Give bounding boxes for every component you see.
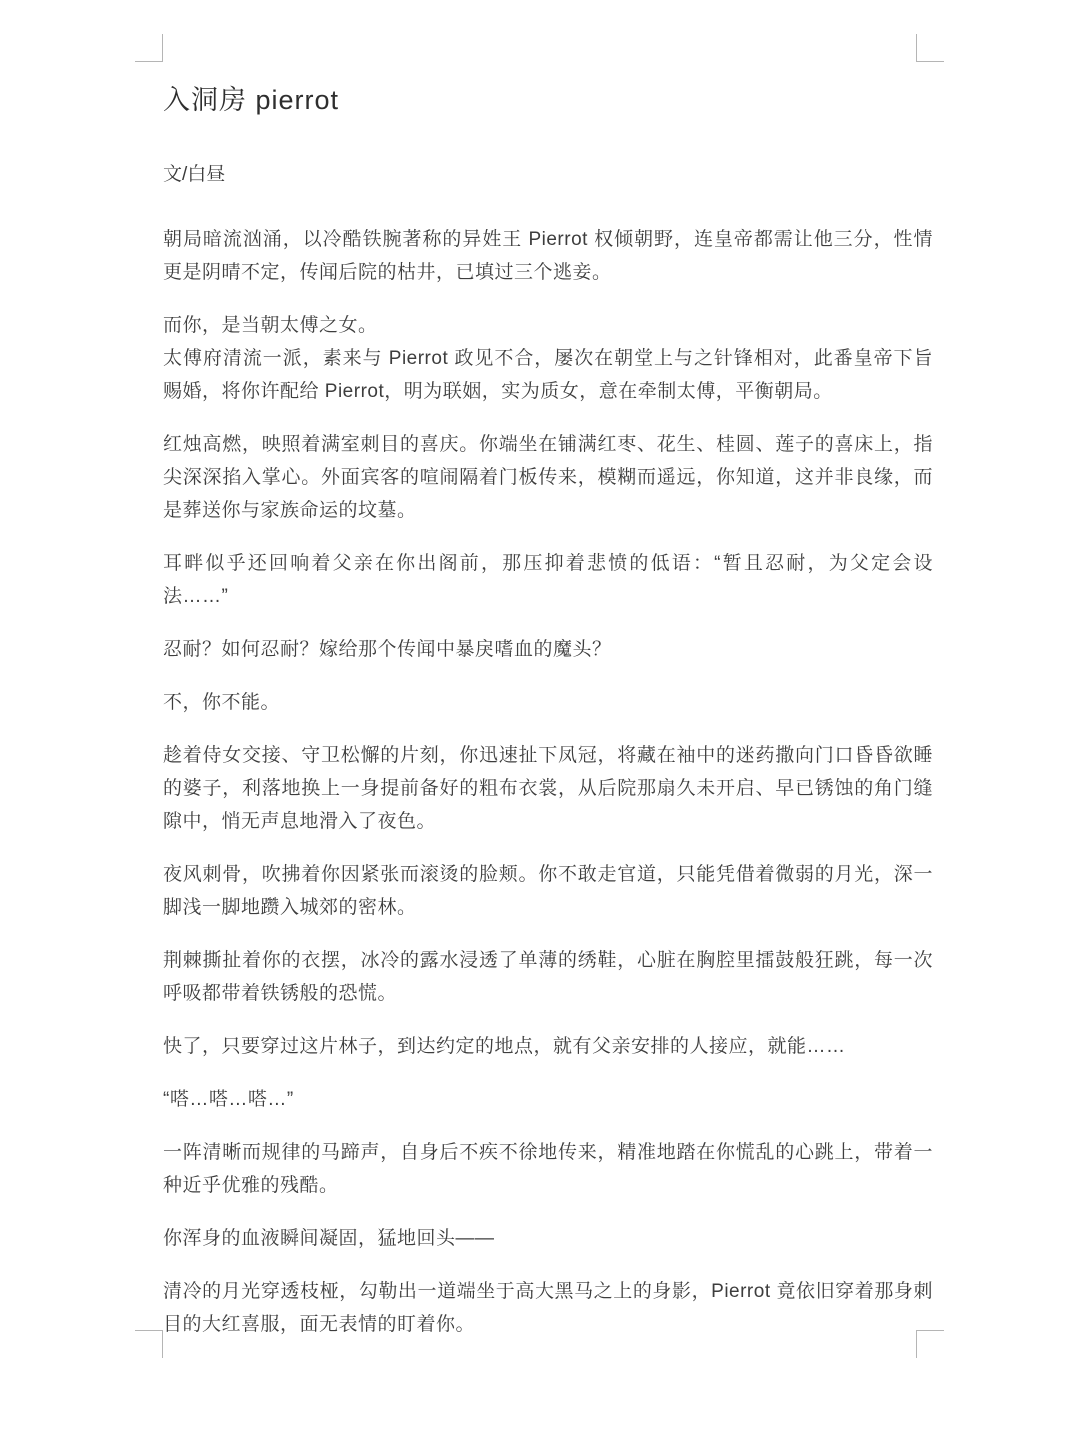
paragraph: 红烛高燃，映照着满室刺目的喜庆。你端坐在铺满红枣、花生、桂圆、莲子的喜床上，指尖… xyxy=(163,428,933,527)
paragraph: 耳畔似乎还回响着父亲在你出阁前，那压抑着悲愤的低语：“暂且忍耐，为父定会设法……… xyxy=(163,547,933,613)
document-page: 入洞房 pierrot 文/白昼 朝局暗流汹涌，以冷酷铁腕著称的异姓王 Pier… xyxy=(0,0,1080,1440)
paragraph: 快了，只要穿过这片林子，到达约定的地点，就有父亲安排的人接应，就能…… xyxy=(163,1030,933,1063)
paragraph: 荆棘撕扯着你的衣摆，冰冷的露水浸透了单薄的绣鞋，心脏在胸腔里擂鼓般狂跳，每一次呼… xyxy=(163,944,933,1010)
paragraph: 趁着侍女交接、守卫松懈的片刻，你迅速扯下凤冠，将藏在袖中的迷药撒向门口昏昏欲睡的… xyxy=(163,739,933,838)
paragraph: 清冷的月光穿透枝桠，勾勒出一道端坐于高大黑马之上的身影，Pierrot 竟依旧穿… xyxy=(163,1275,933,1341)
paragraph: 一阵清晰而规律的马蹄声，自身后不疾不徐地传来，精准地踏在你慌乱的心跳上，带着一种… xyxy=(163,1136,933,1202)
paragraph: 你浑身的血液瞬间凝固，猛地回头—— xyxy=(163,1222,933,1255)
author-byline: 文/白昼 xyxy=(163,159,933,186)
paragraph: 忍耐？如何忍耐？嫁给那个传闻中暴戾嗜血的魔头？ xyxy=(163,633,933,666)
crop-mark-bottom-left-icon xyxy=(135,1330,163,1358)
paragraph: 朝局暗流汹涌，以冷酷铁腕著称的异姓王 Pierrot 权倾朝野，连皇帝都需让他三… xyxy=(163,223,933,289)
paragraph-list: 朝局暗流汹涌，以冷酷铁腕著称的异姓王 Pierrot 权倾朝野，连皇帝都需让他三… xyxy=(163,223,933,1341)
document-content: 入洞房 pierrot 文/白昼 朝局暗流汹涌，以冷酷铁腕著称的异姓王 Pier… xyxy=(163,78,933,1361)
crop-mark-top-right-icon xyxy=(916,34,944,62)
page-title: 入洞房 pierrot xyxy=(163,78,933,117)
crop-mark-top-left-icon xyxy=(135,34,163,62)
paragraph: 不，你不能。 xyxy=(163,686,933,719)
paragraph: “嗒…嗒…嗒…” xyxy=(163,1083,933,1116)
paragraph: 夜风刺骨，吹拂着你因紧张而滚烫的脸颊。你不敢走官道，只能凭借着微弱的月光，深一脚… xyxy=(163,858,933,924)
paragraph: 而你，是当朝太傅之女。 太傅府清流一派，素来与 Pierrot 政见不合，屡次在… xyxy=(163,309,933,408)
